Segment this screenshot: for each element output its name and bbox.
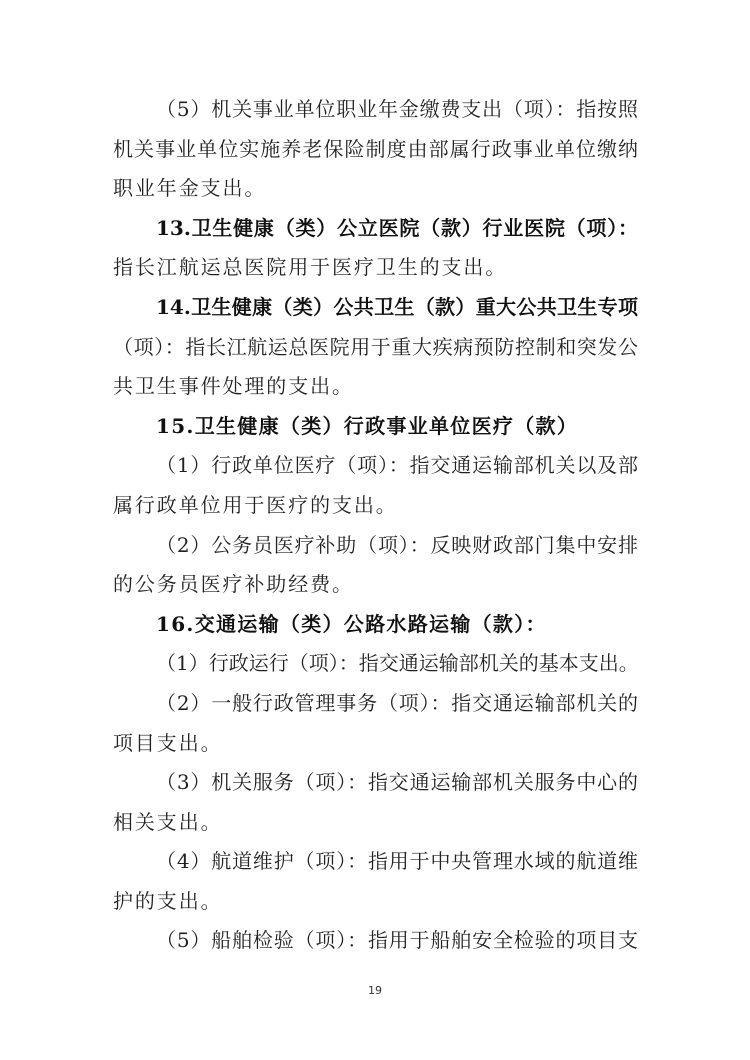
paragraph-line: （5）船舶检验（项）：指用于船舶安全检验的项目支: [113, 921, 638, 961]
paragraph-line: 的公务员医疗补助经费。: [113, 565, 638, 605]
paragraph-line: 护的支出。: [113, 882, 638, 922]
paragraph-line: （2）公务员医疗补助（项）：反映财政部门集中安排: [113, 526, 638, 566]
paragraph-line: 共卫生事件处理的支出。: [113, 367, 638, 407]
paragraph-line: （5）机关事业单位职业年金缴费支出（项）：指按照: [113, 90, 638, 130]
paragraph-line: 项目支出。: [113, 724, 638, 764]
section-heading-15: 15.卫生健康（类）行政事业单位医疗（款）: [113, 407, 638, 447]
paragraph-line: 职业年金支出。: [113, 169, 638, 209]
paragraph-line: （4）航道维护（项）：指用于中央管理水域的航道维: [113, 842, 638, 882]
paragraph-line: 机关事业单位实施养老保险制度由部属行政事业单位缴纳: [113, 130, 638, 170]
paragraph-line: （3）机关服务（项）：指交通运输部机关服务中心的: [113, 763, 638, 803]
page-number: 19: [0, 984, 750, 997]
paragraph-line: 相关支出。: [113, 803, 638, 843]
paragraph-line: （1）行政运行（项）：指交通运输部机关的基本支出。: [113, 644, 638, 684]
paragraph-line: （1）行政单位医疗（项）：指交通运输部机关以及部: [113, 446, 638, 486]
paragraph-line: （项）：指长江航运总医院用于重大疾病预防控制和突发公: [113, 328, 638, 368]
section-heading-13: 13.卫生健康（类）公立医院（款）行业医院（项）：: [113, 209, 638, 249]
section-heading-14: 14.卫生健康（类）公共卫生（款）重大公共卫生专项: [113, 288, 638, 328]
document-page: （5）机关事业单位职业年金缴费支出（项）：指按照 机关事业单位实施养老保险制度由…: [0, 0, 750, 1060]
paragraph-line: 指长江航运总医院用于医疗卫生的支出。: [113, 248, 638, 288]
paragraph-line: （2）一般行政管理事务（项）：指交通运输部机关的: [113, 684, 638, 724]
section-heading-16: 16.交通运输（类）公路水路运输（款）：: [113, 605, 638, 645]
document-body: （5）机关事业单位职业年金缴费支出（项）：指按照 机关事业单位实施养老保险制度由…: [113, 90, 638, 961]
paragraph-line: 属行政单位用于医疗的支出。: [113, 486, 638, 526]
